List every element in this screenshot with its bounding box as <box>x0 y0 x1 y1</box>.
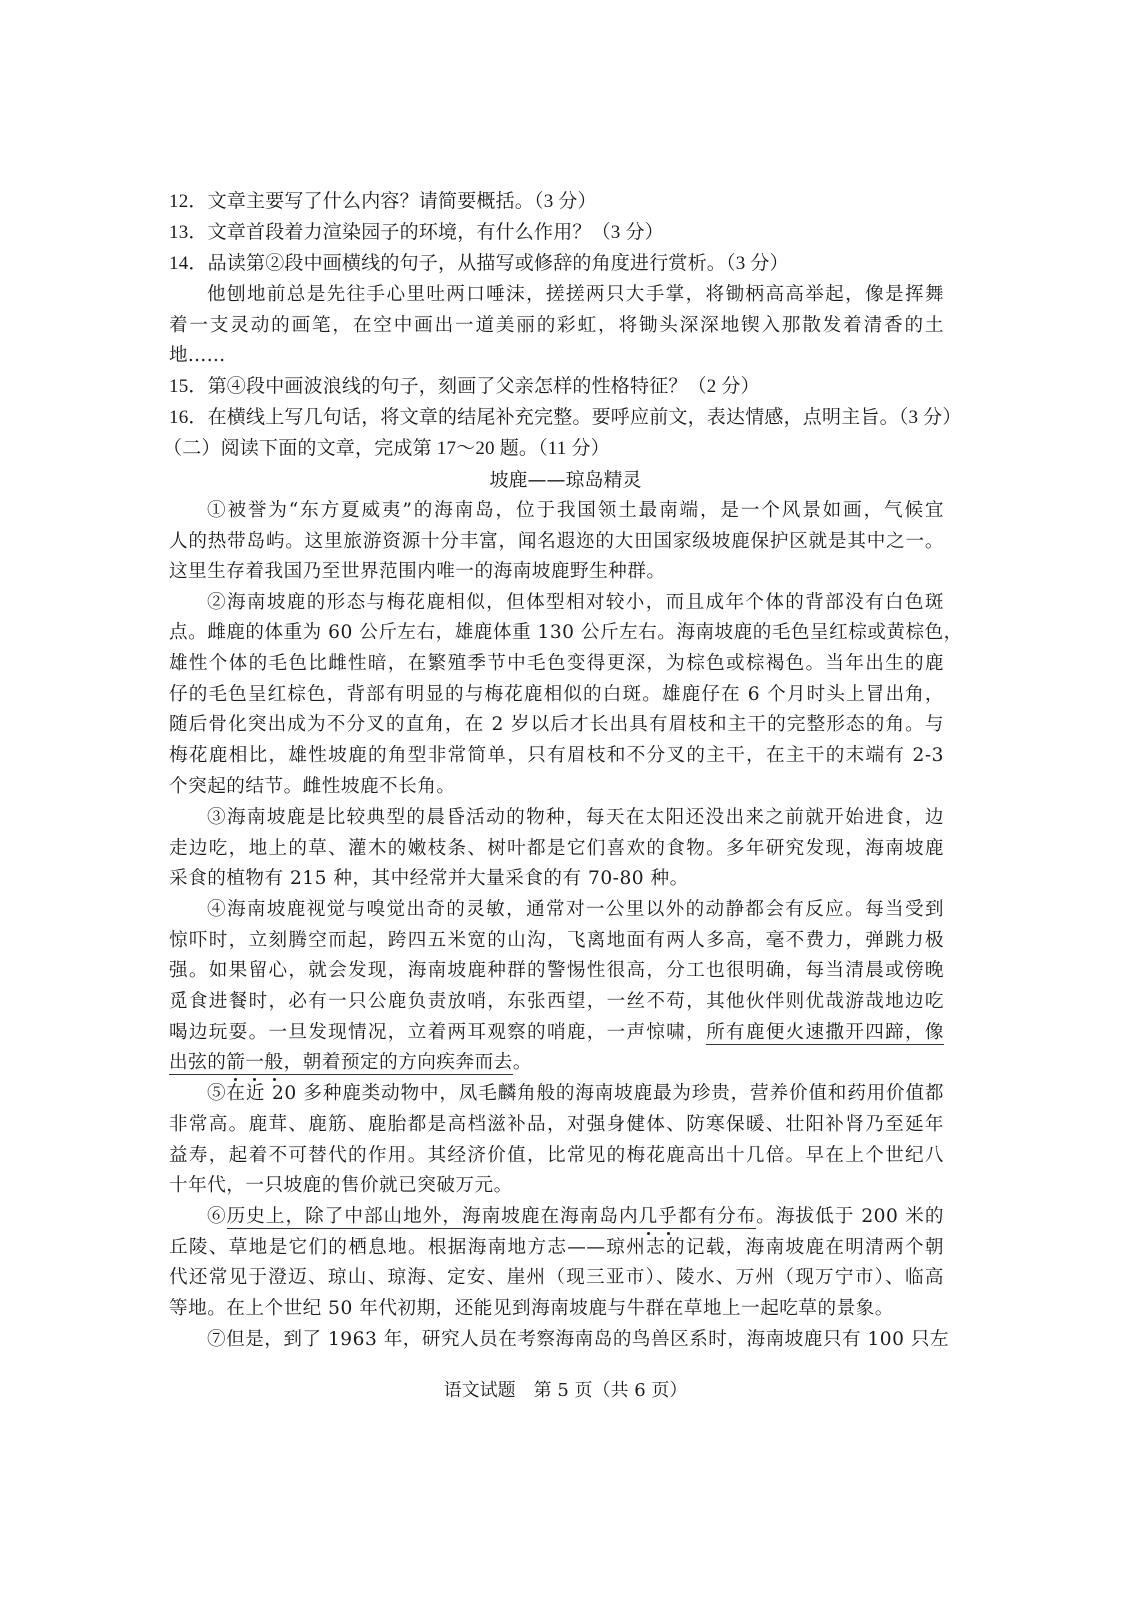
paragraph-2-line: 随后骨化突出成为不分叉的直角，在 2 岁以后才长出具有眉枝和主干的完整形态的角。… <box>169 710 944 740</box>
paragraph-3-line: 走边吃，地上的草、灌木的嫩枝条、树叶都是它们喜欢的食物。多年研究发现，海南坡鹿 <box>169 834 944 864</box>
emphasis-dot-char: 般 <box>265 1052 284 1073</box>
paragraph-6-line: 等地。在上个世纪 50 年代初期，还能见到海南坡鹿与牛群在草地上一起吃草的景象。 <box>169 1294 944 1324</box>
emphasis-dot-char: 几 <box>639 1206 659 1227</box>
paragraph-2-line: 个突起的结节。雌性坡鹿不长角。 <box>169 772 944 802</box>
paragraph-4-line: 喝边玩耍。一旦发现情况，立着两耳观察的哨鹿，一声惊啸，所有鹿便火速撒开四蹄，像 <box>169 1018 944 1048</box>
underlined-sentence: 所有鹿便火速撒开四蹄，像 <box>706 1022 944 1045</box>
paragraph-4-line: 觅食进餐时，必有一只公鹿负责放哨，东张西望，一丝不苟，其他伙伴则优哉游哉地边吃 <box>169 987 944 1017</box>
paragraph-7-line: ⑦但是，到了 1963 年，研究人员在考察海南岛的鸟兽区系时，海南坡鹿只有 10… <box>169 1325 944 1355</box>
paragraph-5-line: 非常高。鹿茸、鹿筋、鹿胎都是高档滋补品，对强身健体、防寒保暖、壮阳补肾乃至延年 <box>169 1110 944 1140</box>
section-header: （二）阅读下面的文章，完成第 17～20 题。（11 分） <box>163 434 938 464</box>
paragraph-6-line: ⑥历史上，除了中部山地外，海南坡鹿在海南岛内几乎都有分布。海拔低于 200 米的 <box>169 1202 944 1232</box>
exam-page: 12．文章主要写了什么内容？请简要概括。（3 分） 13．文章首段着力渲染园子的… <box>0 0 1131 1600</box>
paragraph-5-line: 益寿，起着不可替代的作用。其经济价值，比常见的梅花鹿高出十几倍。早在上个世纪八 <box>169 1141 944 1171</box>
underlined-sentence: 出弦的箭一般，朝着预定的方向疾奔而去 <box>169 1052 513 1075</box>
article-title: 坡鹿——琼岛精灵 <box>0 465 1131 495</box>
paragraph-5-line: 十年代，一只坡鹿的售价就已突破万元。 <box>169 1171 944 1201</box>
page-footer: 语文试题 第 5 页（共 6 页） <box>0 1376 1131 1406</box>
paragraph-3-line: ③海南坡鹿是比较典型的晨昏活动的物种，每天在太阳还没出来之前就开始进食，边 <box>169 803 944 833</box>
emphasis-dot-char: 一 <box>245 1052 264 1073</box>
paragraph-4-text: 喝边玩耍。一旦发现情况，立着两耳观察的哨鹿，一声惊啸， <box>169 1022 706 1043</box>
paragraph-4-line: 强。如果留心，就会发现，海南坡鹿种群的警惕性很高，分工也很明确，每当清晨或傍晚 <box>169 956 944 986</box>
question-15: 15．第④段中画波浪线的句子，刻画了父亲怎样的性格特征？（2 分） <box>169 372 944 402</box>
paragraph-2-line: 仔的毛色呈红棕色，背部有明显的与梅花鹿相似的白斑。雄鹿仔在 6 个月时头上冒出角… <box>169 680 944 710</box>
paragraph-2-line: ②海南坡鹿的形态与梅花鹿相似，但体型相对较小，而且成年个体的背部没有白色斑 <box>169 588 944 618</box>
quoted-sentence-line: 着一支灵动的画笔，在空中画出一道美丽的彩虹，将锄头深深地锲入那散发着清香的土 <box>169 311 944 341</box>
paragraph-2-line: 点。雌鹿的体重为 60 公斤左右，雄鹿体重 130 公斤左右。海南坡鹿的毛色呈红… <box>169 618 944 648</box>
question-13: 13．文章首段着力渲染园子的环境，有什么作用？（3 分） <box>169 218 944 248</box>
paragraph-1-line: 这里生存着我国乃至世界范围内唯一的海南坡鹿野生种群。 <box>169 557 944 587</box>
question-14: 14．品读第②段中画横线的句子，从描写或修辞的角度进行赏析。（3 分） <box>169 249 944 279</box>
paragraph-4-line: 出弦的箭一般，朝着预定的方向疾奔而去。 <box>169 1048 944 1078</box>
question-12: 12．文章主要写了什么内容？请简要概括。（3 分） <box>169 187 944 217</box>
question-16: 16．在横线上写几句话，将文章的结尾补充完整。要呼应前文，表达情感，点明主旨。（… <box>169 403 944 433</box>
quoted-sentence-line: 他刨地前总是先往手心里吐两口唾沫，搓搓两只大手掌，将锄柄高高举起，像是挥舞 <box>169 280 944 310</box>
paragraph-5-line: ⑤在近 20 多种鹿类动物中，凤毛麟角般的海南坡鹿最为珍贵，营养价值和药用价值都 <box>169 1079 944 1109</box>
underlined-sentence: 历史上，除了中部山地外，海南坡鹿在海南岛内几乎都有分布 <box>227 1206 757 1229</box>
paragraph-6-line: 丘陵、草地是它们的栖息地。根据海南地方志——琼州志的记载，海南坡鹿在明清两个朝 <box>169 1233 944 1263</box>
emphasis-dot-char: 箭 <box>226 1052 245 1073</box>
paragraph-6-line: 代还常见于澄迈、琼山、琼海、定安、崖州（现三亚市）、陵水、万州（现万宁市）、临高 <box>169 1263 944 1293</box>
paragraph-2-line: 雄性个体的毛色比雌性暗，在繁殖季节中毛色变得更深，为棕色或棕褐色。当年出生的鹿 <box>169 649 944 679</box>
paragraph-3-line: 采食的植物有 215 种，其中经常并大量采食的有 70-80 种。 <box>169 864 944 894</box>
paragraph-4-line: 惊吓时，立刻腾空而起，跨四五米宽的山沟，飞离地面有两人多高，毫不费力，弹跳力极 <box>169 926 944 956</box>
paragraph-1-line: ①被誉为“东方夏威夷”的海南岛，位于我国领土最南端，是一个风景如画，气候宜 <box>169 496 944 526</box>
emphasis-dot-char: 乎 <box>658 1206 678 1227</box>
quoted-sentence-line: 地…… <box>169 341 944 371</box>
paragraph-1-line: 人的热带岛屿。这里旅游资源十分丰富，闻名遐迩的大田国家级坡鹿保护区就是其中之一。 <box>169 527 944 557</box>
paragraph-4-line: ④海南坡鹿视觉与嗅觉出奇的灵敏，通常对一公里以外的动静都会有反应。每当受到 <box>169 895 944 925</box>
paragraph-2-line: 梅花鹿相比，雄性坡鹿的角型非常简单，只有眉枝和不分叉的主干，在主干的末端有 2-… <box>169 741 944 771</box>
